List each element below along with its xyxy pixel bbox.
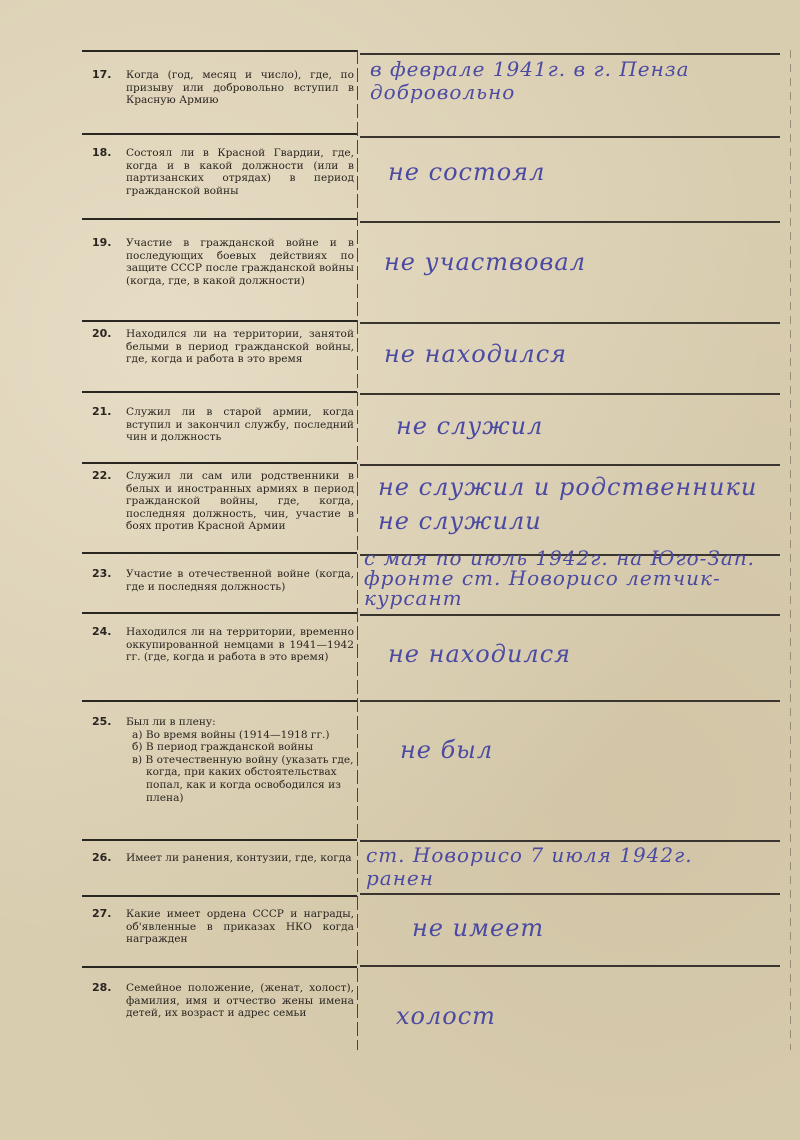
page-edge-line [790, 50, 791, 1050]
row-divider [82, 612, 357, 614]
row-divider [360, 700, 780, 702]
answer-22: не служил и родственники не служили [378, 470, 768, 538]
column-divider [357, 50, 358, 1050]
question-subitem-a: а) Во время войны (1914—1918 гг.) [146, 729, 354, 742]
question-22: 22. Служил ли сам или родственники в бел… [92, 470, 354, 533]
question-number: 17. [92, 69, 112, 82]
question-23: 23. Участие в отечественной войне (когда… [92, 568, 354, 593]
question-text: Участие в отечественной войне (когда, гд… [126, 568, 354, 593]
answer-21: не служил [396, 412, 800, 440]
question-text: Находился ли на территории, занятой белы… [126, 328, 354, 366]
answer-18: не состоял [388, 158, 798, 186]
question-number: 22. [92, 470, 112, 483]
question-24: 24. Находился ли на территории, временно… [92, 626, 354, 664]
question-subitem-c: в) В отечественную войну (указать где, к… [146, 754, 354, 804]
row-divider [82, 839, 357, 841]
question-21: 21. Служил ли в старой армии, когда всту… [92, 406, 354, 444]
row-divider [82, 552, 357, 554]
question-text: Служил ли сам или родственники в белых и… [126, 470, 354, 533]
answer-23: с мая по июль 1942г. на Юго-Зап. фронте … [364, 548, 774, 608]
row-divider [82, 218, 357, 220]
question-20: 20. Находился ли на территории, занятой … [92, 328, 354, 366]
question-number: 24. [92, 626, 112, 639]
row-divider [82, 133, 357, 135]
answer-28: холост [396, 1002, 800, 1030]
question-text: Находился ли на территории, временно окк… [126, 626, 354, 664]
question-18: 18. Состоял ли в Красной Гвардии, где, к… [92, 147, 354, 197]
row-divider [82, 391, 357, 393]
row-divider [360, 965, 780, 967]
question-text: Имеет ли ранения, контузии, где, когда [126, 852, 354, 865]
answer-25: не был [400, 736, 800, 764]
question-text: Какие имеет ордена СССР и награды, об'яв… [126, 908, 354, 946]
row-divider [360, 614, 780, 616]
question-number: 26. [92, 852, 112, 865]
row-divider [360, 53, 780, 55]
answer-19: не участвовал [384, 248, 794, 276]
answer-26: ст. Новорисо 7 июля 1942г. ранен [366, 844, 766, 890]
question-number: 23. [92, 568, 112, 581]
question-subitem-b: б) В период гражданской войны [146, 741, 354, 754]
question-number: 18. [92, 147, 112, 160]
row-divider [360, 322, 780, 324]
row-divider [360, 393, 780, 395]
question-number: 25. [92, 716, 112, 729]
question-number: 27. [92, 908, 112, 921]
questionnaire-page: 17. Когда (год, месяц и число), где, по … [0, 0, 800, 1140]
question-text: Служил ли в старой армии, когда вступил … [126, 406, 354, 444]
answer-24: не находился [388, 640, 798, 668]
question-28: 28. Семейное положение, (женат, холост),… [92, 982, 354, 1020]
question-number: 19. [92, 237, 112, 250]
question-17: 17. Когда (год, месяц и число), где, по … [92, 69, 354, 107]
row-divider [82, 895, 357, 897]
question-19: 19. Участие в гражданской войне и в посл… [92, 237, 354, 287]
answer-20: не находился [384, 340, 794, 368]
row-divider [82, 966, 357, 968]
answer-17: в феврале 1941г. в г. Пенза добровольно [370, 58, 780, 104]
question-number: 21. [92, 406, 112, 419]
row-divider [360, 893, 780, 895]
question-number: 20. [92, 328, 112, 341]
row-divider [82, 700, 357, 702]
row-divider [82, 50, 357, 52]
row-divider [360, 840, 780, 842]
question-text: Был ли в плену: [126, 716, 354, 729]
row-divider [360, 464, 780, 466]
row-divider [82, 462, 357, 464]
question-text: Участие в гражданской войне и в последую… [126, 237, 354, 287]
question-text: Семейное положение, (женат, холост), фам… [126, 982, 354, 1020]
question-text: Когда (год, месяц и число), где, по приз… [126, 69, 354, 107]
question-25: 25. Был ли в плену: а) Во время войны (1… [92, 716, 354, 804]
question-26: 26. Имеет ли ранения, контузии, где, ког… [92, 852, 354, 865]
answer-27: не имеет [412, 914, 800, 942]
question-number: 28. [92, 982, 112, 995]
row-divider [360, 136, 780, 138]
question-27: 27. Какие имеет ордена СССР и награды, о… [92, 908, 354, 946]
row-divider [360, 221, 780, 223]
row-divider [82, 320, 357, 322]
question-text: Состоял ли в Красной Гвардии, где, когда… [126, 147, 354, 197]
